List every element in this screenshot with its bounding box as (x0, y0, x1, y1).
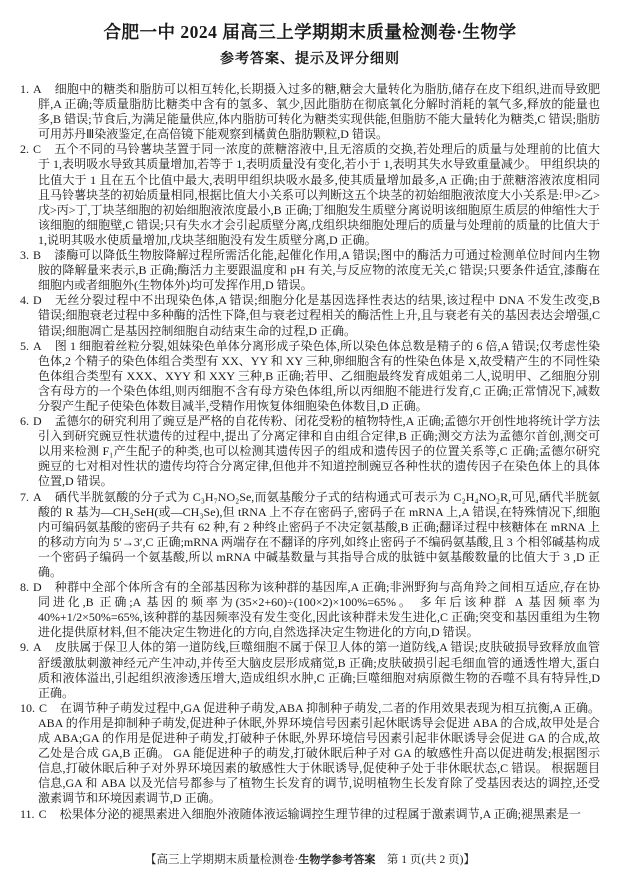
answer-text: 种群中全部个体所含有的全部基因称为该种群的基因库,A 正确;非洲野狗与高角羚之间… (38, 580, 600, 639)
answer-number: 9. (20, 640, 29, 654)
answer-letter: D (33, 414, 42, 428)
answer-letter: C (39, 807, 47, 821)
page-title: 合肥一中 2024 届高三上学期期末质量检测卷·生物学 (20, 20, 600, 44)
answers-list: 1.A细胞中的糖类和脂肪可以相互转化,长期摄入过多的糖,糖会大量转化为脂肪,储存… (20, 82, 600, 822)
answer-letter: A (33, 339, 42, 353)
answer-text: 孟德尔的研究利用了豌豆是严格的自花传粉、闭花受粉的植物特性,A 正确;孟德尔开创… (38, 414, 600, 488)
footer-booklet-title: 生物学参考答案 (298, 854, 375, 866)
page-footer: 【高三上学期期末质量检测卷·生物学参考答案 第 1 页(共 2 页)】 (0, 851, 620, 867)
answer-number: 10. (20, 701, 35, 715)
answer-letter: A (33, 490, 42, 504)
answer-text: 在调节种子萌发过程中,GA 促进种子萌发,ABA 抑制种子萌发,二者的作用效果表… (38, 701, 600, 806)
answer-letter: C (33, 142, 41, 156)
answer-item: 3.B漆酶可以降低生物胺降解过程所需活化能,起催化作用,A 错误;图中的酶活力可… (20, 248, 600, 293)
answer-letter: A (33, 640, 42, 654)
answer-number: 2. (20, 142, 29, 156)
footer-page-number: 第 1 页(共 2 页)】 (375, 854, 475, 866)
answer-text: 五个不同的马铃薯块茎置于同一浓度的蔗糖溶液中,且无溶质的交换,若处理后的质量与处… (38, 142, 600, 247)
page-subtitle: 参考答案、提示及评分细则 (20, 48, 600, 68)
answer-item: 10.C在调节种子萌发过程中,GA 促进种子萌发,ABA 抑制种子萌发,二者的作… (20, 701, 600, 807)
answer-text: 图 1 细胞着丝粒分裂,姐妹染色单体分离形成子染色体,所以染色体总数是精子的 6… (38, 339, 600, 413)
answer-item: 5.A图 1 细胞着丝粒分裂,姐妹染色单体分离形成子染色体,所以染色体总数是精子… (20, 339, 600, 414)
answer-item: 4.D无丝分裂过程中不出现染色体,A 错误;细胞分化是基因选择性表达的结果,该过… (20, 293, 600, 338)
answer-item: 11.C松果体分泌的褪黑素进入细胞外液随体液运输调控生理节律的过程属于激素调节,… (20, 807, 600, 822)
answer-number: 7. (20, 490, 29, 504)
answer-item: 2.C五个不同的马铃薯块茎置于同一浓度的蔗糖溶液中,且无溶质的交换,若处理后的质… (20, 142, 600, 248)
answer-letter: B (33, 248, 41, 262)
answer-number: 5. (20, 339, 29, 353)
answer-text: 漆酶可以降低生物胺降解过程所需活化能,起催化作用,A 错误;图中的酶活力可通过检… (38, 248, 600, 292)
answer-number: 3. (20, 248, 29, 262)
answer-item: 9.A皮肤属于保卫人体的第一道防线,巨噬细胞不属于保卫人体的第一道防线,A 错误… (20, 640, 600, 700)
answer-item: 7.A硒代半胱氨酸的分子式为 C₃H₇NO₂Se,而氨基酸分子式的结构通式可表示… (20, 490, 600, 581)
answer-text: 硒代半胱氨酸的分子式为 C₃H₇NO₂Se,而氨基酸分子式的结构通式可表示为 C… (38, 490, 600, 579)
answer-number: 8. (20, 580, 29, 594)
answer-sheet-page: 合肥一中 2024 届高三上学期期末质量检测卷·生物学 参考答案、提示及评分细则… (0, 0, 620, 881)
answer-text: 皮肤属于保卫人体的第一道防线,巨噬细胞不属于保卫人体的第一道防线,A 错误;皮肤… (38, 640, 600, 699)
answer-text: 无丝分裂过程中不出现染色体,A 错误;细胞分化是基因选择性表达的结果,该过程中 … (38, 293, 600, 337)
answer-letter: D (33, 293, 42, 307)
answer-item: 8.D种群中全部个体所含有的全部基因称为该种群的基因库,A 正确;非洲野狗与高角… (20, 580, 600, 640)
answer-number: 4. (20, 293, 29, 307)
answer-item: 1.A细胞中的糖类和脂肪可以相互转化,长期摄入过多的糖,糖会大量转化为脂肪,储存… (20, 82, 600, 142)
answer-letter: C (39, 701, 47, 715)
answer-text: 松果体分泌的褪黑素进入细胞外液随体液运输调控生理节律的过程属于激素调节,A 正确… (60, 807, 581, 821)
answer-text: 细胞中的糖类和脂肪可以相互转化,长期摄入过多的糖,糖会大量转化为脂肪,储存在皮下… (38, 82, 600, 141)
answer-letter: D (33, 580, 42, 594)
answer-number: 6. (20, 414, 29, 428)
answer-number: 11. (20, 807, 35, 821)
answer-item: 6.D孟德尔的研究利用了豌豆是严格的自花传粉、闭花受粉的植物特性,A 正确;孟德… (20, 414, 600, 489)
footer-prefix: 【高三上学期期末质量检测卷· (145, 854, 298, 866)
answer-number: 1. (20, 82, 29, 96)
answer-letter: A (33, 82, 42, 96)
